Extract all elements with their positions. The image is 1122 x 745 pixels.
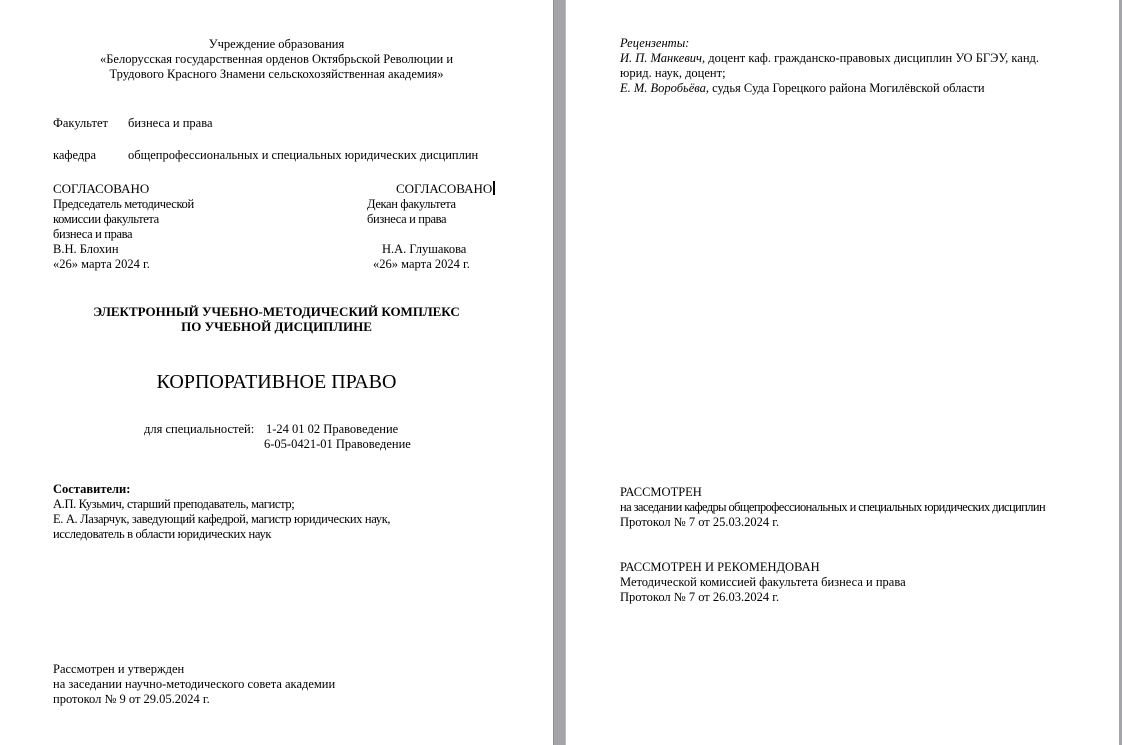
approval-right-name: Н.А. Глушакова <box>382 242 466 257</box>
document-page-1[interactable]: Учреждение образования «Белорусская госу… <box>0 0 553 745</box>
reviewers-heading: Рецензенты: <box>620 36 689 51</box>
recommended-heading: РАССМОТРЕН И РЕКОМЕНДОВАН <box>620 560 820 575</box>
author-line: исследователь в области юридических наук <box>53 527 271 542</box>
department-value: общепрофессиональных и специальных юриди… <box>128 148 478 163</box>
page-gutter <box>553 0 566 745</box>
reviewer-name: И. П. Манкевич <box>620 51 702 65</box>
reviewer-item: И. П. Манкевич, доцент каф. гражданско-п… <box>620 51 1039 66</box>
document-page-2[interactable]: Рецензенты: И. П. Манкевич, доцент каф. … <box>566 0 1119 745</box>
institution-line-2: «Белорусская государственная орденов Окт… <box>0 52 553 67</box>
approval-right-date: «26» марта 2024 г. <box>373 257 470 272</box>
considered-line-2: Протокол № 7 от 25.03.2024 г. <box>620 515 779 530</box>
department-label: кафедра <box>53 148 96 163</box>
reviewer-desc: , доцент каф. гражданско-правовых дисцип… <box>702 51 1039 65</box>
considered-line-1: на заседании кафедры общепрофессиональны… <box>620 500 1045 515</box>
specialties-label: для специальностей: <box>144 422 254 437</box>
reviewer-name: Е. М. Воробьёва, <box>620 81 709 95</box>
approval-right-heading: СОГЛАСОВАНО <box>396 181 492 196</box>
text-cursor <box>493 181 495 195</box>
specialty-item: 1-24 01 02 Правоведение <box>266 422 398 437</box>
specialty-item: 6-05-0421-01 Правоведение <box>264 437 411 452</box>
approval-right-line: бизнеса и права <box>367 212 446 227</box>
approval-left-date: «26» марта 2024 г. <box>53 257 150 272</box>
approval-right-heading-wrap[interactable]: СОГЛАСОВАНО <box>396 181 495 196</box>
reviewer-desc-line-2: юрид. наук, доцент; <box>620 66 726 81</box>
institution-line-3: Трудового Красного Знамени сельскохозяйс… <box>0 67 553 82</box>
approval-left-line: Председатель методической <box>53 197 194 212</box>
reviewer-desc: судья Суда Горецкого района Могилёвской … <box>709 81 985 95</box>
approved-line: Рассмотрен и утвержден <box>53 662 184 677</box>
approval-left-heading: СОГЛАСОВАНО <box>53 181 149 196</box>
discipline-title: КОРПОРАТИВНОЕ ПРАВО <box>0 370 553 394</box>
approved-line: протокол № 9 от 29.05.2024 г. <box>53 692 210 707</box>
recommended-line-2: Протокол № 7 от 26.03.2024 г. <box>620 590 779 605</box>
reviewer-item: Е. М. Воробьёва, судья Суда Горецкого ра… <box>620 81 985 96</box>
considered-heading: РАССМОТРЕН <box>620 485 702 500</box>
approval-left-line: комиссии факультета <box>53 212 159 227</box>
faculty-value: бизнеса и права <box>128 116 213 131</box>
approval-left-name: В.Н. Блохин <box>53 242 119 257</box>
authors-heading: Составители: <box>53 482 130 497</box>
faculty-label: Факультет <box>53 116 108 131</box>
recommended-line-1: Методической комиссией факультета бизнес… <box>620 575 906 590</box>
author-line: Е. А. Лазарчук, заведующий кафедрой, маг… <box>53 512 390 527</box>
complex-title-line-2: ПО УЧЕБНОЙ ДИСЦИПЛИНЕ <box>0 319 553 334</box>
institution-line-1: Учреждение образования <box>0 37 553 52</box>
complex-title-line-1: ЭЛЕКТРОННЫЙ УЧЕБНО-МЕТОДИЧЕСКИЙ КОМПЛЕКС <box>0 304 553 319</box>
approval-left-line: бизнеса и права <box>53 227 132 242</box>
approval-right-line: Декан факультета <box>367 197 456 212</box>
author-line: А.П. Кузьмич, старший преподаватель, маг… <box>53 497 294 512</box>
approved-line: на заседании научно-методического совета… <box>53 677 335 692</box>
